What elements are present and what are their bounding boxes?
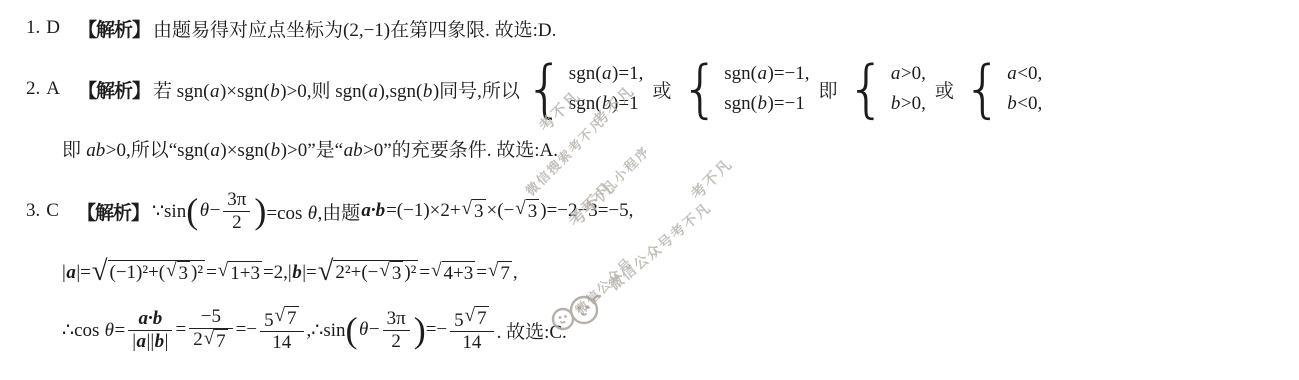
sqrt-radicand: 1+3 — [228, 261, 262, 286]
math-segment: |a|= — [62, 262, 91, 284]
problem-2-line-1: 2. A 【解析】 若 sgn(a)×sgn(b)>0,则 sgn(a),sgn… — [26, 52, 1047, 126]
sqrt: 4+3 — [431, 261, 475, 286]
fraction-numerator: −5 — [189, 306, 232, 328]
sqrt: 3 — [515, 199, 539, 224]
answer-letter: D — [46, 17, 60, 39]
nested-sqrt: 3 — [379, 261, 403, 286]
sqrt-radicand: 7 — [214, 329, 228, 354]
sqrt-radicand: 3 — [526, 199, 540, 224]
fraction-denominator: 2 — [383, 331, 410, 352]
math-segment: ∴cos θ= — [62, 319, 125, 342]
answer-letter: A — [46, 78, 60, 100]
sqrt-radicand: 7 — [475, 306, 489, 331]
sqrt-radicand: 3 — [390, 261, 404, 286]
or-connector: 或 — [652, 76, 671, 103]
parenthesized-expression: θ− 3π 2 — [186, 189, 266, 233]
problem-3-line-3: ∴cos θ= a·b |a||b| = −5 2 7 =− 5 7 14 ,∴… — [62, 298, 567, 362]
sqrt: 7 — [204, 329, 228, 354]
then-connector: 即 — [818, 76, 837, 103]
cases-rows: a>0, b>0, — [890, 59, 925, 120]
sqrt: 1+3 — [218, 261, 262, 286]
sqrt-radicand: 3 — [177, 261, 191, 286]
math-segment: ∵sin — [152, 200, 186, 223]
math-segment: 5 — [454, 310, 464, 331]
math-segment: 2²+(− — [335, 261, 378, 285]
or-connector: 或 — [935, 76, 954, 103]
nested-sqrt: 3 — [166, 261, 190, 286]
fraction: 5 7 14 — [260, 306, 303, 353]
kaobufan-faces-logo-icon — [549, 293, 603, 337]
math-segment: 2 — [193, 329, 203, 354]
cases-group-1: sgn(a)=1, sgn(b)=1 — [525, 59, 643, 120]
math-segment: )=−2−3=−5, — [540, 200, 633, 222]
vector-dot-product: a·b — [360, 200, 386, 222]
fraction: −5 2 7 — [189, 306, 232, 353]
analysis-tag: 【解析】 — [78, 76, 150, 103]
math-segment: ×(− — [487, 200, 515, 222]
case-row: sgn(b)=1 — [569, 89, 639, 119]
sqrt: (−1)²+( 3 )² — [92, 260, 205, 286]
sqrt-radicand: 4+3 — [442, 261, 476, 286]
math-segment: )² — [404, 261, 416, 285]
problem-number: 1. — [26, 17, 40, 39]
math-segment: = — [419, 262, 430, 284]
math-segment: θ− — [359, 319, 380, 341]
fraction: 3π 2 — [223, 189, 250, 233]
math-segment: 5 — [264, 310, 274, 331]
math-segment: = — [175, 319, 186, 341]
fraction-denominator: 14 — [450, 332, 493, 353]
sqrt-radicand: 7 — [285, 306, 299, 331]
fraction-denominator: 2 7 — [189, 329, 232, 354]
problem-2-line-2: 即 ab>0,所以“sgn(a)×sgn(b)>0”是“ab>0”的充要条件. … — [62, 132, 558, 164]
math-segment: ,∴sin — [307, 319, 346, 342]
problem-number: 2. — [26, 78, 40, 100]
analysis-tag: 【解析】 — [77, 198, 149, 225]
answer-key-document: 1. D 【解析】 由题易得对应点坐标为(2,−1)在第四象限. 故选:D. 2… — [0, 0, 1299, 380]
fraction-numerator: 5 7 — [260, 306, 303, 332]
fraction-denominator: 14 — [260, 332, 303, 353]
solution-text: 由题易得对应点坐标为(2,−1)在第四象限. 故选:D. — [153, 15, 556, 42]
sqrt: 7 — [465, 306, 489, 331]
math-segment: =2,|b|= — [263, 262, 317, 284]
cases-group-3: a>0, b>0, — [847, 59, 926, 120]
case-row: a>0, — [890, 59, 925, 89]
math-segment: , — [513, 262, 518, 284]
case-row: sgn(a)=1, — [569, 59, 644, 89]
solution-text: 若 sgn(a)×sgn(b)>0,则 sgn(a),sgn(b)同号,所以 — [153, 76, 520, 103]
solution-text: 即 ab>0,所以“sgn(a)×sgn(b)>0”是“ab>0”的充要条件. … — [62, 135, 558, 162]
problem-number: 3. — [26, 200, 40, 222]
math-segment: θ− — [199, 200, 220, 222]
fraction-denominator: 2 — [223, 212, 250, 233]
sqrt: 7 — [275, 306, 299, 331]
watermark-text: 考不凡 — [686, 153, 737, 204]
parenthesized-expression: θ− 3π 2 — [346, 308, 426, 352]
math-segment: = — [476, 262, 487, 284]
fraction: 5 7 14 — [450, 306, 493, 353]
case-row: b>0, — [890, 89, 925, 119]
fraction: a·b |a||b| — [128, 308, 172, 352]
math-segment: (−1)²+( — [110, 261, 166, 285]
math-segment: =cos θ,由题 — [266, 198, 360, 225]
fraction: 3π 2 — [383, 308, 410, 352]
sqrt-radicand: 2²+(− 3 )² — [333, 260, 418, 286]
fraction-numerator: 5 7 — [450, 306, 493, 332]
sqrt: 7 — [488, 261, 512, 286]
fraction-numerator: 3π — [223, 189, 250, 211]
fraction-numerator: a·b — [128, 308, 172, 330]
math-segment: =(−1)×2+ — [386, 200, 461, 222]
analysis-tag: 【解析】 — [78, 15, 150, 42]
sqrt-radicand: 3 — [472, 199, 486, 224]
math-segment: )² — [191, 261, 203, 285]
case-row: sgn(a)=−1, — [724, 59, 809, 89]
sqrt-radicand: (−1)²+( 3 )² — [108, 260, 206, 286]
fraction-denominator: |a||b| — [128, 331, 172, 352]
cases-group-4: a<0, b<0, — [963, 59, 1042, 120]
case-row: b<0, — [1007, 89, 1042, 119]
cases-rows: sgn(a)=1, sgn(b)=1 — [569, 59, 644, 120]
math-segment: = — [206, 262, 217, 284]
problem-1-line: 1. D 【解析】 由题易得对应点坐标为(2,−1)在第四象限. 故选:D. — [26, 12, 556, 44]
sqrt-radicand: 7 — [498, 261, 512, 286]
case-row: a<0, — [1007, 59, 1042, 89]
problem-3-line-2: |a|= (−1)²+( 3 )² = 1+3 =2,|b|= 2²+(− 3 … — [62, 249, 518, 297]
math-segment: =− — [426, 319, 447, 341]
cases-rows: a<0, b<0, — [1007, 59, 1042, 120]
cases-rows: sgn(a)=−1, sgn(b)=−1 — [724, 59, 809, 120]
cases-group-2: sgn(a)=−1, sgn(b)=−1 — [680, 59, 809, 120]
case-row: sgn(b)=−1 — [724, 89, 805, 119]
sqrt: 3 — [462, 199, 486, 224]
fraction-numerator: 3π — [383, 308, 410, 330]
problem-3-line-1: 3. C 【解析】 ∵sin θ− 3π 2 =cos θ,由题 a·b =(−… — [26, 184, 633, 238]
sqrt: 2²+(− 3 )² — [318, 260, 419, 286]
math-segment: =− — [236, 319, 257, 341]
answer-letter: C — [46, 200, 59, 222]
